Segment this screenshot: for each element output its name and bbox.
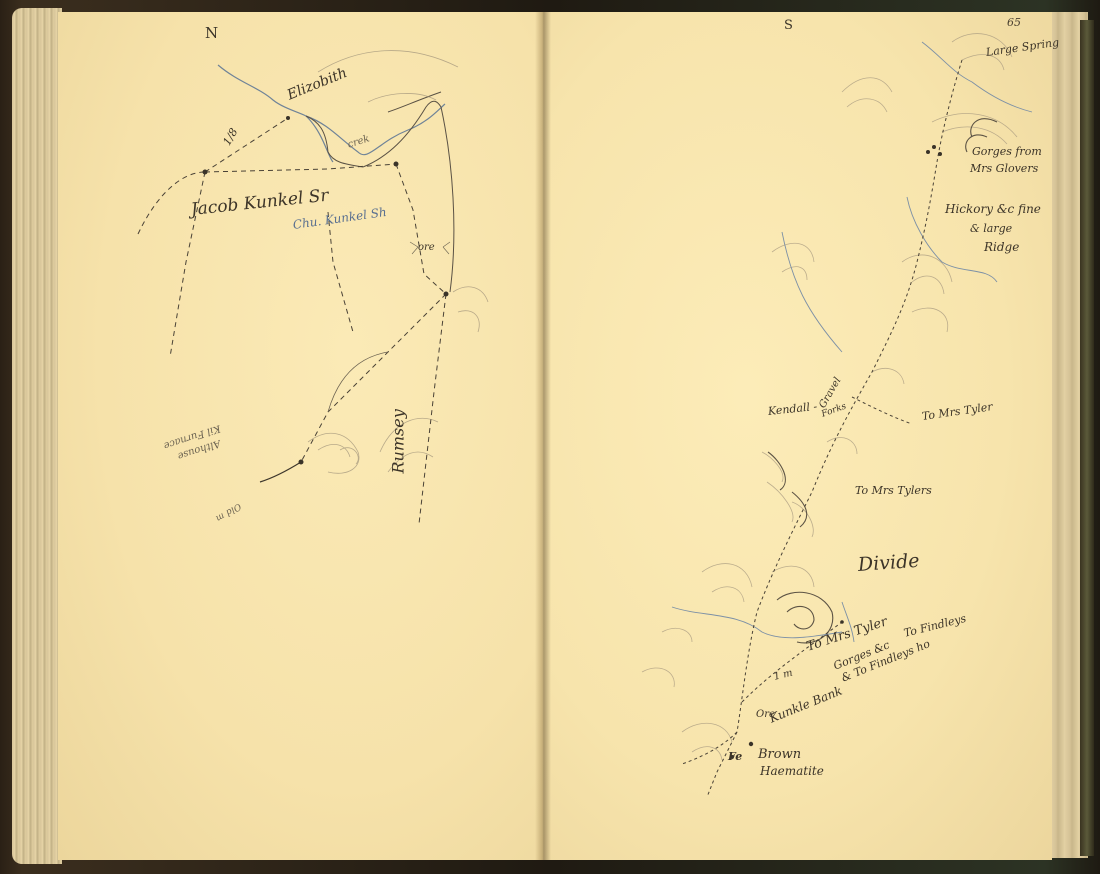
label-to-mrs-tylers-middle: To Mrs Tylers bbox=[855, 484, 932, 497]
left-page-stack bbox=[12, 8, 62, 864]
label-ore: ore bbox=[418, 242, 435, 253]
book-gutter bbox=[535, 12, 551, 860]
right-page: S 65 Large Spring Gorges from Mrs Glover… bbox=[542, 12, 1052, 860]
label-divide: Divide bbox=[857, 550, 920, 576]
label-and-large: & large bbox=[970, 222, 1012, 235]
label-rumsey: Rumsey bbox=[389, 409, 408, 473]
label-gorges-from: Gorges from bbox=[972, 145, 1042, 158]
label-haematite: Haematite bbox=[760, 764, 824, 778]
north-compass-mark: N bbox=[205, 24, 218, 42]
label-brown: Brown bbox=[758, 747, 801, 762]
south-compass-mark: S bbox=[784, 18, 793, 33]
left-page: N Elizobith 1/8 crek Jacob Kunkel Sr Chu… bbox=[58, 12, 542, 860]
label-hickory-fine: Hickory &c fine bbox=[945, 202, 1041, 216]
label-fe-symbol: Fe bbox=[728, 750, 742, 763]
label-ridge: Ridge bbox=[984, 240, 1019, 254]
page-number: 65 bbox=[1007, 16, 1021, 29]
right-map-drawing bbox=[542, 12, 1052, 860]
label-mrs-glovers: Mrs Glovers bbox=[970, 162, 1038, 175]
left-map-drawing bbox=[58, 12, 542, 860]
marbled-edge bbox=[1080, 20, 1094, 856]
